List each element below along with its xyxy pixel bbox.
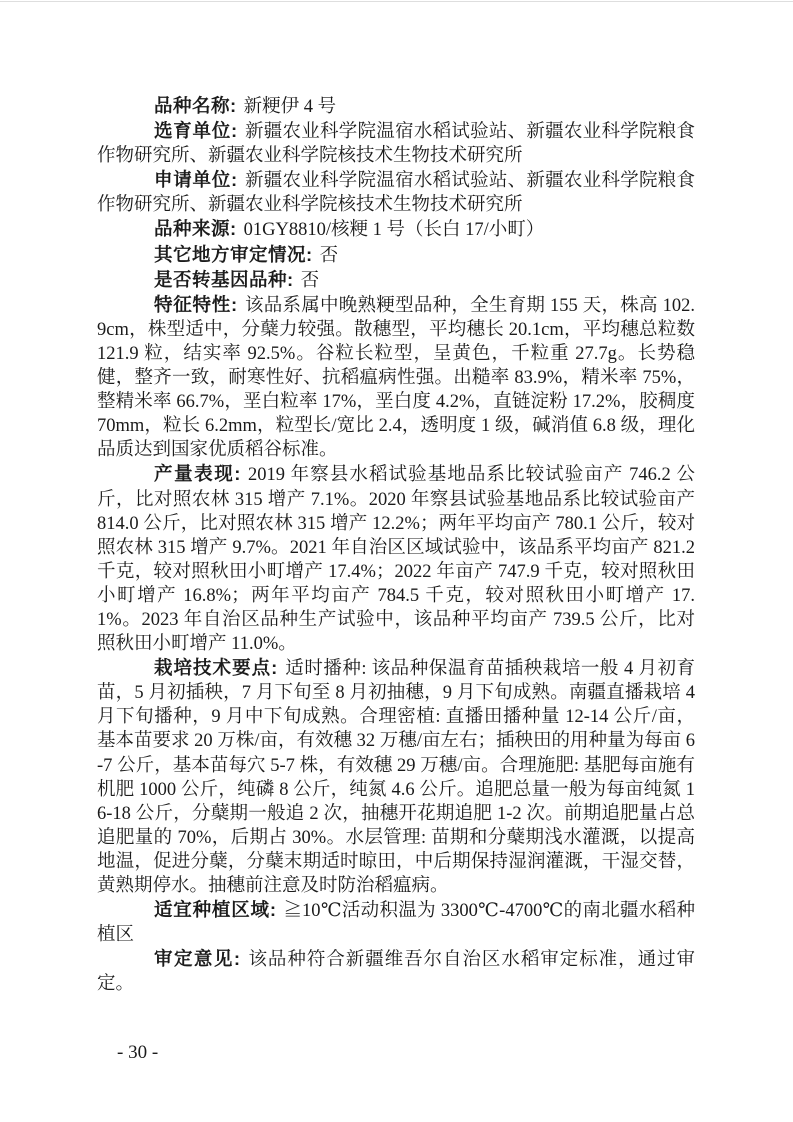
field-variety-source: 品种来源:01GY8810/核粳 1 号（长白 17/小町） — [97, 217, 695, 242]
field-label: 适宜种植区域: — [154, 899, 277, 920]
field-label: 申请单位: — [154, 169, 238, 190]
field-label: 审定意见: — [154, 948, 241, 969]
field-cultivation-techniques: 栽培技术要点:适时播种: 该品种保温育苗插秧栽培一般 4 月初育苗，5 月初插秧… — [97, 656, 695, 898]
field-other-region-approval: 其它地方审定情况:否 — [97, 243, 695, 268]
field-text: 适时播种: 该品种保温育苗插秧栽培一般 4 月初育苗，5 月初插秧，7 月下旬至… — [97, 659, 695, 896]
field-label: 品种来源: — [154, 218, 237, 239]
field-text: 该品系属中晚熟粳型品种，全生育期 155 天，株高 102.9cm，株型适中，分… — [97, 296, 695, 461]
field-variety-name: 品种名称:新粳伊 4 号 — [97, 94, 695, 119]
field-text: 否 — [301, 271, 320, 291]
document-body: 品种名称:新粳伊 4 号 选育单位:新疆农业科学院温宿水稻试验站、新疆农业科学院… — [97, 94, 695, 996]
field-applicant-unit: 申请单位:新疆农业科学院温宿水稻试验站、新疆农业科学院粮食作物研究所、新疆农业科… — [97, 168, 695, 217]
field-text: 否 — [320, 246, 339, 266]
field-approval-opinion: 审定意见:该品种符合新疆维吾尔自治区水稻审定标准，通过审定。 — [97, 947, 695, 996]
field-label: 其它地方审定情况: — [154, 244, 313, 265]
document-page: { "page": { "number": "- 30 -" }, "doc":… — [0, 0, 793, 1122]
field-label: 品种名称: — [154, 95, 237, 116]
field-gmo-status: 是否转基因品种:否 — [97, 268, 695, 293]
field-label: 栽培技术要点: — [154, 657, 278, 678]
field-text: 新粳伊 4 号 — [244, 97, 337, 117]
field-text: 01GY8810/核粳 1 号（长白 17/小町） — [244, 220, 545, 240]
field-label: 是否转基因品种: — [154, 269, 294, 290]
field-suitable-planting-area: 适宜种植区域:≧10℃活动积温为 3300℃-4700℃的南北疆水稻种植区 — [97, 898, 695, 947]
field-yield-performance: 产量表现:2019 年察县水稻试验基地品系比较试验亩产 746.2 公斤，比对照… — [97, 462, 695, 656]
field-label: 产量表现: — [154, 463, 241, 484]
field-text: 2019 年察县水稻试验基地品系比较试验亩产 746.2 公斤，比对照农林 31… — [97, 465, 695, 654]
field-breeding-unit: 选育单位:新疆农业科学院温宿水稻试验站、新疆农业科学院粮食作物研究所、新疆农业科… — [97, 119, 695, 168]
scan-edge-line — [0, 1, 793, 2]
field-label: 选育单位: — [154, 120, 238, 141]
field-label: 特征特性: — [154, 294, 238, 315]
page-number: - 30 - — [117, 1042, 158, 1064]
field-characteristics: 特征特性:该品系属中晚熟粳型品种，全生育期 155 天，株高 102.9cm，株… — [97, 293, 695, 463]
